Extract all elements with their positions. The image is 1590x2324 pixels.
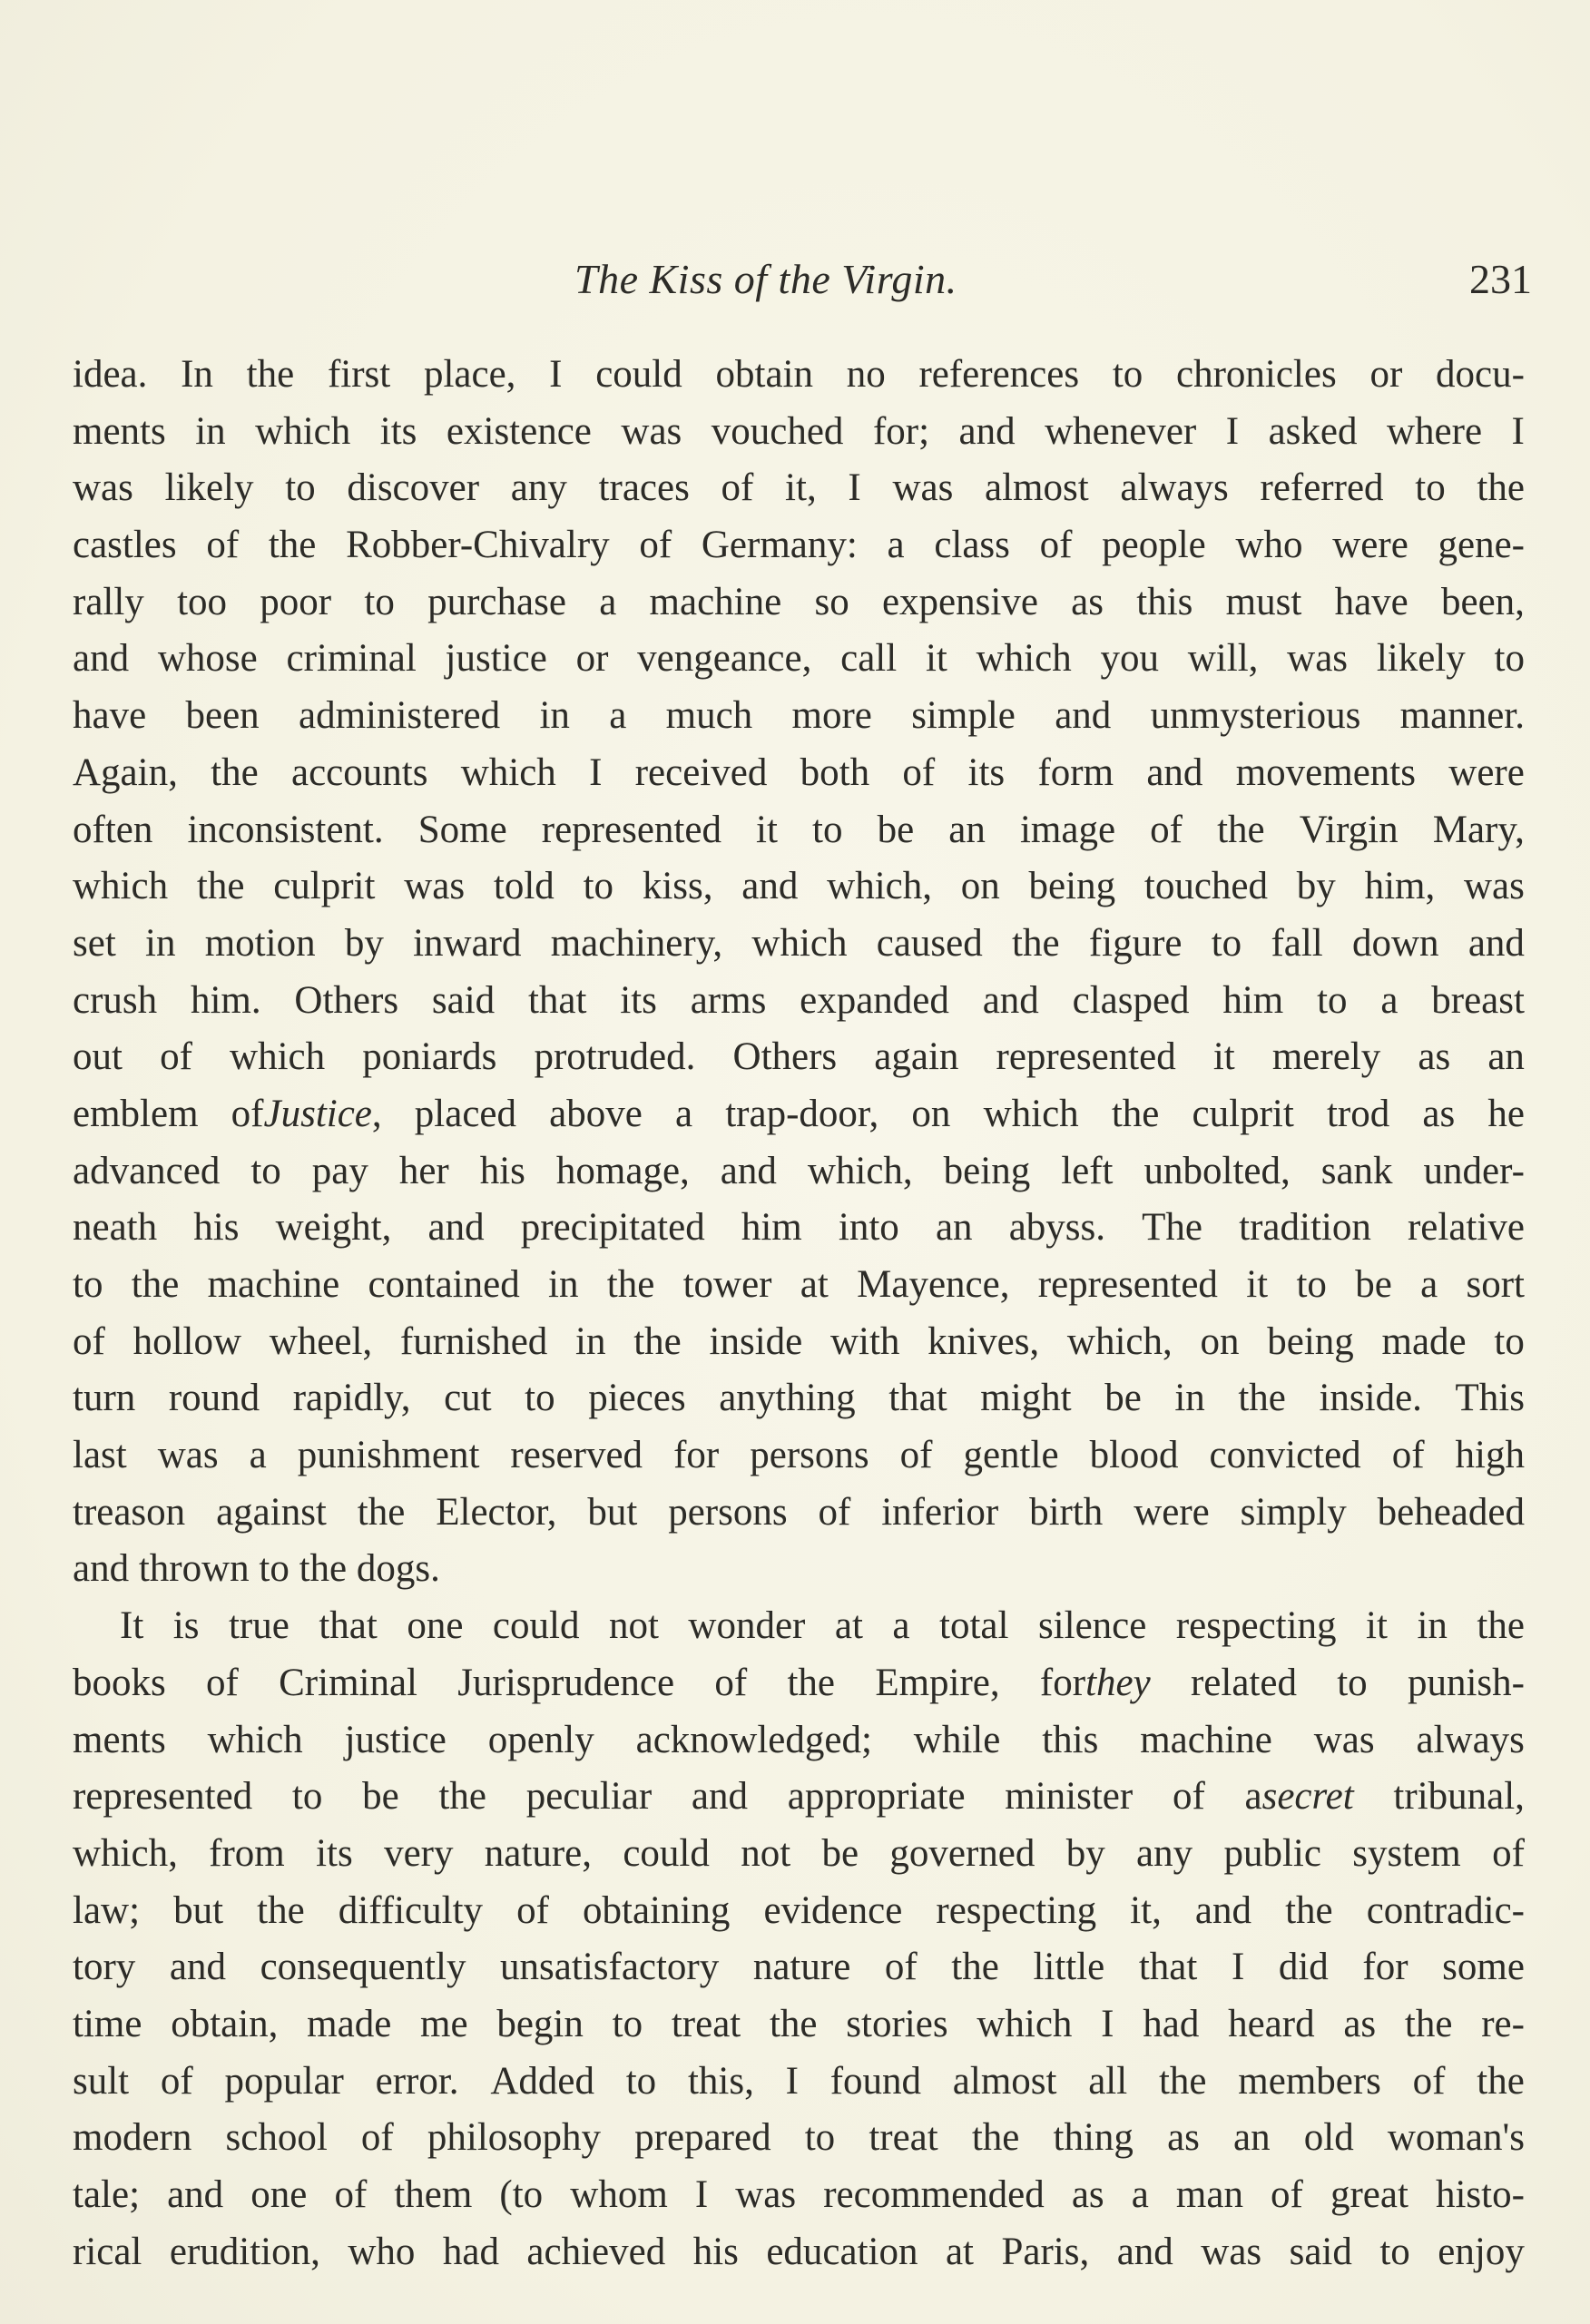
word: tower [683,1257,772,1314]
word: obtain [716,347,813,404]
word: always [1417,1712,1525,1770]
word: set [73,916,116,973]
text-segment: could [623,1832,710,1875]
text-segment: inward [413,922,521,965]
text-segment: modern [73,2116,191,2159]
text-segment: justice [345,1719,447,1761]
text-segment: by [1066,1832,1105,1875]
word: and [170,1939,226,1996]
text-segment: it, [1130,1889,1162,1932]
text-segment: did [1279,1946,1329,1988]
text-segment: inconsistent. [187,809,383,851]
word: In [181,347,213,404]
word: simple [911,688,1016,745]
word: on [911,1086,950,1143]
text-segment: precipitated [521,1206,705,1249]
text-segment: some [1442,1946,1525,1988]
word: to [1113,347,1143,404]
word: tribunal, [1393,1769,1525,1826]
word: reserved [510,1427,643,1485]
text-segment: Added [490,2060,594,2103]
text-segment: as [1343,2003,1376,2045]
text-line: Itistruethatonecouldnotwonderatatotalsil… [73,1598,1525,1655]
text-segment: me [420,2003,468,2045]
text-segment: inferior [881,1491,998,1534]
text-segment: might [980,1377,1071,1419]
word: whenever [1045,404,1196,461]
text-segment: culprit [273,865,375,907]
word: of [334,2167,367,2224]
word: idea. [73,347,147,404]
text-segment: rical [73,2231,142,2273]
word: and [983,973,1039,1030]
text-segment: the [1285,1889,1333,1932]
text-segment: be [1104,1377,1142,1419]
text-segment: represented [996,1035,1176,1078]
word: unbolted, [1144,1143,1291,1201]
text-segment: of [1173,1775,1205,1818]
word: be [1355,1257,1392,1314]
word: any [511,460,567,517]
text-segment: which [977,2003,1072,2045]
text-segment: cut [444,1377,492,1419]
word: re- [1481,1996,1525,2054]
text-segment: likely [1377,637,1466,680]
text-line: emblemofJustice,placedaboveatrap-door,on… [73,1086,1525,1143]
word: I [1101,1996,1114,2054]
word: or [1369,347,1402,404]
word: vengeance, [637,631,811,688]
word: rapidly, [293,1370,411,1427]
text-segment: manner. [1400,694,1525,737]
word: image [1020,802,1115,859]
text-segment: but [173,1889,223,1932]
word: to [1337,1655,1367,1712]
text-segment: into [839,1206,899,1249]
body-text: idea.Inthefirstplace,Icouldobtainnorefer… [73,347,1525,2280]
word: under- [1424,1143,1525,1201]
text-segment: wheel, [270,1320,372,1363]
text-line: castlesoftheRobber-ChivalryofGermany:acl… [73,517,1525,574]
text-segment: any [1136,1832,1192,1875]
word: books [73,1655,166,1712]
text-line: mentsinwhichitsexistencewasvouchedfor;an… [73,404,1525,461]
text-segment: of [639,524,672,566]
text-line: crushhim.Otherssaidthatitsarmsexpandedan… [73,973,1525,1030]
word: him. [191,973,261,1030]
word: her [399,1143,449,1201]
word: motion [205,916,316,973]
text-line: booksofCriminalJurisprudenceoftheEmpire,… [73,1655,1525,1712]
word: people [1102,517,1206,574]
text-segment: Again, [73,751,178,794]
word: Robber-Chivalry [346,517,610,574]
word: was [1464,858,1525,916]
text-segment: existence [447,410,592,453]
text-segment: and [428,1206,485,1249]
text-segment: this, [688,2060,754,2103]
word: be [821,1826,859,1883]
word: as [1343,1996,1376,2054]
text-segment: was [1314,1719,1375,1761]
text-segment: gentle [963,1434,1058,1476]
text-segment: will, [1188,637,1259,680]
text-segment: that [888,1377,947,1419]
text-segment: recommended [823,2173,1045,2216]
text-segment: in [145,922,175,965]
word: as [1071,574,1104,632]
text-segment: a [609,694,626,737]
word: them [394,2167,472,2224]
word: total [939,1598,1008,1655]
text-segment: which [977,637,1072,680]
text-segment: machine [650,581,782,623]
text-segment: an [1487,1035,1525,1078]
text-segment: Some [418,809,507,851]
text-segment: Mayence, [857,1263,1009,1306]
word: to [285,460,315,517]
word: ments [73,404,166,461]
word: which [208,1712,303,1770]
word: this, [688,2054,754,2111]
text-segment: reserved [510,1434,643,1476]
word: woman's [1388,2110,1525,2167]
word: his [193,1200,239,1257]
text-segment: pay [312,1150,368,1192]
text-segment: anything [719,1377,855,1419]
word: to [364,574,394,632]
word: of [206,517,239,574]
word: existence [447,404,592,461]
word: him [1222,973,1283,1030]
text-segment: weight, [276,1206,392,1249]
word: but [587,1485,637,1542]
text-segment: , [372,1093,382,1135]
word: always [1120,460,1228,517]
word: to [250,1143,280,1201]
text-segment: treat [869,2116,937,2159]
text-segment: Virgin [1300,809,1399,851]
word: its [380,404,417,461]
word: be [878,802,915,859]
word: this [1136,574,1192,632]
word: of [818,1485,850,1542]
text-segment: Mary, [1433,809,1525,851]
text-segment: histo- [1436,2173,1525,2216]
text-segment: time [73,2003,142,2045]
text-segment: on [1201,1320,1240,1363]
word: its [316,1826,353,1883]
text-segment: which [230,1035,325,1078]
text-segment: be [362,1775,399,1818]
word: were [1448,745,1525,802]
word: movements [1236,745,1416,802]
text-segment: difficulty [339,1889,483,1932]
text-segment: openly [488,1719,594,1761]
text-segment: the [951,1946,999,1988]
text-segment: were [1448,751,1525,794]
text-segment: in [548,1263,578,1306]
text-segment: vengeance, [637,637,811,680]
text-segment: education [766,2231,918,2273]
text-segment: at [946,2231,974,2273]
text-segment: them [394,2173,472,2216]
text-segment: little [1033,1946,1104,1988]
text-segment: blood [1090,1434,1179,1476]
text-segment: was [621,410,682,453]
text-segment: been, [1441,581,1525,623]
word: vouched [712,404,844,461]
text-segment: and [983,979,1039,1022]
word: that [319,1598,377,1655]
word: very [384,1826,453,1883]
text-segment: pieces [588,1377,685,1419]
text-segment: unmysterious [1151,694,1361,737]
text-segment: ments [73,1719,166,1761]
text-line: treasonagainsttheElector,butpersonsofinf… [73,1485,1525,1542]
word: the [1477,1598,1525,1655]
text-segment: tory [73,1946,135,1988]
word: class [934,517,1010,574]
word: treat [672,1996,741,2054]
text-segment: of [231,1093,264,1135]
text-segment: acknowledged; [636,1719,872,1761]
word: Mary, [1433,802,1525,859]
word: tale; [73,2167,140,2224]
text-segment: and [73,637,129,680]
word: I [1232,1939,1244,1996]
text-segment: image [1020,809,1115,851]
word: to [73,1257,103,1314]
word: law; [73,1883,140,1940]
text-segment: to [626,2060,656,2103]
text-segment: to [292,1775,322,1818]
word: round [169,1370,260,1427]
text-segment: It [120,1604,143,1647]
word: received [635,745,768,802]
word: form [1037,745,1114,802]
text-line: setinmotionbyinwardmachinery,whichcaused… [73,916,1525,973]
text-segment: an [948,809,986,851]
word: for [673,1427,719,1485]
word: me [420,1996,468,2054]
word: respecting [1176,1598,1337,1655]
word: at [946,2224,974,2281]
text-segment: at [835,1604,863,1647]
word: purchase [427,574,566,632]
word: cut [444,1370,492,1427]
word: man [1176,2167,1243,2224]
text-segment: one [407,1604,463,1647]
word: to [525,1370,555,1427]
text-segment: of [1413,2060,1446,2103]
text-segment: erudition, [170,2231,320,2273]
text-line: neathhisweight,andprecipitatedhimintoana… [73,1200,1525,1257]
word: homage, [556,1143,690,1201]
word: was [892,460,953,517]
word: to [1212,916,1242,973]
text-segment: had [1143,2003,1199,2045]
text-segment: to [1337,1662,1367,1704]
word: the [269,517,317,574]
word: sort [1466,1257,1525,1314]
text-segment: and [1468,922,1525,965]
word: which [73,858,168,916]
word: of [721,460,754,517]
text-segment: merely [1272,1035,1380,1078]
text-segment: error. [376,2060,459,2103]
text-segment: of [818,1491,850,1534]
text-segment: poniards [362,1035,496,1078]
word: as [1072,2167,1104,2224]
text-line: advancedtopayherhishomage,andwhich,being… [73,1143,1525,1201]
text-segment: which [255,410,350,453]
word: furnished [400,1314,547,1371]
word: manner. [1400,688,1525,745]
word: philosophy [427,2110,601,2167]
word: you [1100,631,1159,688]
word: inconsistent. [187,802,383,859]
text-segment: to [1212,922,1242,965]
text-segment: unsatisfactory [500,1946,719,1988]
text-segment: true [229,1604,290,1647]
word: represented [73,1769,252,1826]
text-segment: knives, [927,1320,1039,1363]
text-segment: set [73,922,116,965]
word: blood [1090,1427,1179,1485]
text-segment: and [741,865,798,907]
text-segment: it [756,809,778,851]
text-segment: the [1477,2060,1525,2103]
word: likely [165,460,254,517]
text-segment: the [607,1263,655,1306]
text-segment: the [1477,1604,1525,1647]
text-segment: treat [672,2003,741,2045]
text-segment: birth [1029,1491,1103,1534]
text-line: whichtheculpritwastoldtokiss,andwhich,on… [73,858,1525,916]
text-segment: which [208,1719,303,1761]
word: was [621,404,682,461]
word: an [936,1200,973,1257]
text-segment: of [206,524,239,566]
italic-emphasis: Justice [264,1093,372,1135]
text-segment: system [1352,1832,1460,1875]
text-segment: the [438,1775,486,1818]
text-segment: very [384,1832,453,1875]
text-segment: received [635,751,768,794]
text-segment: must [1226,581,1302,623]
text-segment: contradic- [1367,1889,1525,1932]
text-segment: was [73,466,133,509]
text-segment: always [1120,466,1228,509]
word: school [226,2110,328,2167]
word: great [1330,2167,1408,2224]
text-segment: this [1042,1719,1098,1761]
word: criminal [287,631,417,688]
text-segment: begin [496,2003,584,2045]
word: one [250,2167,307,2224]
text-segment: protruded. [534,1035,695,1078]
word: to [812,802,842,859]
word: hollow [133,1314,241,1371]
text-segment: had [443,2231,499,2273]
word: placed [415,1086,516,1143]
text-segment: punish- [1408,1662,1525,1704]
word: the [972,2110,1020,2167]
text-segment: and [170,1946,226,1988]
word: pieces [588,1370,685,1427]
word: the [247,347,295,404]
word: out [73,1029,123,1086]
text-segment: thing [1054,2116,1134,2159]
text-segment: discover [347,466,479,509]
word: ofJustice, [231,1086,382,1143]
text-segment: inside [710,1320,803,1363]
text-segment: the [787,1662,835,1704]
text-segment: of [902,751,935,794]
word: Others [294,973,398,1030]
word: old [1304,2110,1354,2167]
word: weight, [276,1200,392,1257]
word: minister [1005,1769,1133,1826]
word: erudition, [170,2224,320,2281]
word: of [1150,802,1183,859]
word: system [1352,1826,1460,1883]
text-segment: sank [1321,1150,1393,1192]
text-line: law;butthedifficultyofobtainingevidencer… [73,1883,1525,1940]
text-segment: of [73,1320,105,1363]
text-segment: castles [73,524,177,566]
word: chronicles [1176,347,1337,404]
word: precipitated [521,1200,705,1257]
word: being [1029,858,1116,916]
text-segment: abyss. [1009,1206,1105,1249]
text-segment: made [307,2003,391,2045]
word: a [599,574,616,632]
word: told [494,858,555,916]
word: too [177,574,227,632]
text-segment: and [1055,694,1111,737]
word: Paris, [1001,2224,1089,2281]
word: as [1418,1029,1450,1086]
text-segment: chronicles [1176,353,1337,396]
word: of [885,1939,918,1996]
word: heard [1228,1996,1315,2054]
word: wonder [688,1598,805,1655]
text-segment: you [1100,637,1159,680]
text-segment: The [1142,1206,1202,1249]
word: convicted [1210,1427,1361,1485]
text-segment: where [1387,410,1482,453]
text-segment: of [1150,809,1183,851]
text-segment: members [1238,2060,1381,2103]
word: with [830,1314,899,1371]
text-segment: represented [542,809,721,851]
word: nature, [485,1826,592,1883]
word: a [1380,973,1398,1030]
text-segment: to [805,2116,835,2159]
text-segment: tale; [73,2173,140,2216]
text-segment: was [404,865,465,907]
text-segment: Empire, [875,1662,999,1704]
word: consequently [260,1939,466,1996]
word: of [1271,2167,1303,2224]
text-segment: administered [299,694,500,737]
text-line: outofwhichponiardsprotruded.Othersagainr… [73,1029,1525,1086]
italic-emphasis: secret [1262,1775,1354,1818]
text-segment: and [959,410,1016,453]
word: I [695,2167,708,2224]
